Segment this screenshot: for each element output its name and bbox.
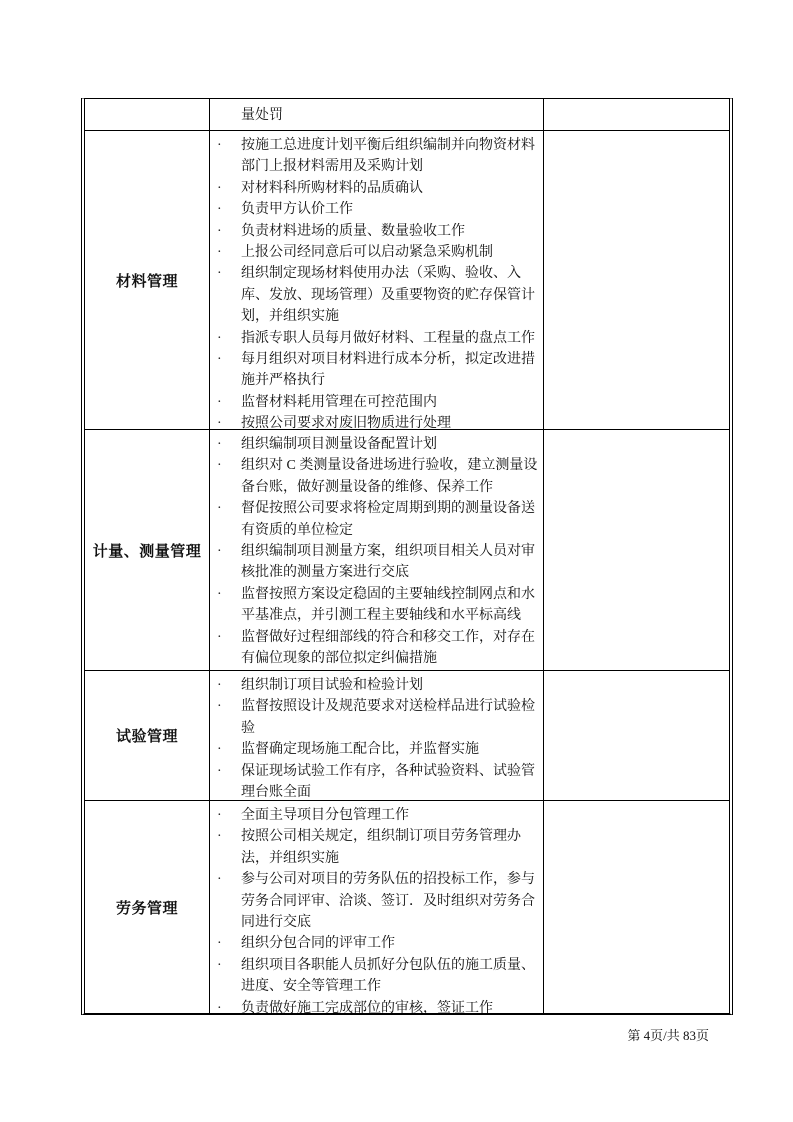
duty-text: 监督按照方案设定稳固的主要轴线控制网点和水平基准点，并引测工程主要轴线和水平标高… <box>241 587 535 623</box>
duty-item: ·保证现场试验工作有序，各种试验资料、试验管理台账全面 <box>210 761 540 801</box>
duty-item: ·按施工总进度计划平衡后组织编制并向物资材料部门上报材料需用及采购计划 <box>210 135 540 178</box>
duty-text: 负责材料进场的质量、数量验收工作 <box>241 224 465 239</box>
duty-item: ·监督按照设计及规范要求对送检样品进行试验检验 <box>210 696 540 739</box>
duty-text: 按施工总进度计划平衡后组织编制并向物资材料部门上报材料需用及采购计划 <box>241 138 535 174</box>
bullet-dot: · <box>217 498 222 519</box>
duty-item: ·组织制订项目试验和检验计划 <box>210 675 540 696</box>
bullet-dot: · <box>217 541 222 562</box>
bullet-dot: · <box>217 826 222 847</box>
duty-list: ·组织制订项目试验和检验计划·监督按照设计及规范要求对送检样品进行试验检验·监督… <box>210 675 540 801</box>
bullet-dot: · <box>217 675 222 696</box>
bullet-dot: · <box>217 349 222 370</box>
duty-text: 组织制定现场材料使用办法（采购、验收、入库、发放、现场管理）及重要物资的贮存保管… <box>241 266 535 324</box>
duty-text: 组织编制项目测量设备配置计划 <box>241 437 437 452</box>
duty-text: 组织项目各职能人员抓好分包队伍的施工质量、进度、安全等管理工作 <box>241 958 535 994</box>
duty-item: ·按照公司要求对废旧物质进行处理 <box>210 413 540 430</box>
bullet-dot: · <box>217 263 222 284</box>
empty-cell <box>544 671 729 801</box>
duty-text: 督促按照公司要求将检定周期到期的测量设备送有资质的单位检定 <box>241 501 535 537</box>
duty-item: ·组织分包合同的评审工作 <box>210 933 540 954</box>
duties-cell-labor: ·全面主导项目分包管理工作·按照公司相关规定，组织制订项目劳务管理办法，并组织实… <box>210 801 544 1013</box>
bullet-dot: · <box>217 696 222 717</box>
bullet-dot: · <box>217 455 222 476</box>
bullet-dot: · <box>217 221 222 242</box>
duty-text: 监督按照设计及规范要求对送检样品进行试验检验 <box>241 699 535 735</box>
duty-item: ·上报公司经同意后可以启动紧急采购机制 <box>210 242 540 263</box>
duty-text: 组织制订项目试验和检验计划 <box>241 678 423 693</box>
row-label-testing: 试验管理 <box>85 671 210 801</box>
duty-item: ·组织制定现场材料使用办法（采购、验收、入库、发放、现场管理）及重要物资的贮存保… <box>210 263 540 327</box>
footer-page-number: 第 4页/共 83页 <box>627 1025 709 1044</box>
duty-item: ·负责材料进场的质量、数量验收工作 <box>210 221 540 242</box>
duty-item: ·组织对 C 类测量设备进场进行验收，建立测量设备台账，做好测量设备的维修、保养… <box>210 455 540 498</box>
duty-item: ·负责甲方认价工作 <box>210 199 540 220</box>
duty-list: ·按施工总进度计划平衡后组织编制并向物资材料部门上报材料需用及采购计划·对材料科… <box>210 135 540 430</box>
duty-item: ·监督确定现场施工配合比，并监督实施 <box>210 739 540 760</box>
duty-text: 按照公司要求对废旧物质进行处理 <box>241 416 451 430</box>
empty-cell <box>544 801 729 1013</box>
duty-item: ·按照公司相关规定，组织制订项目劳务管理办法，并组织实施 <box>210 826 540 869</box>
bullet-dot: · <box>217 869 222 890</box>
empty-cell <box>544 99 729 131</box>
duties-cell-measurement: ·组织编制项目测量设备配置计划·组织对 C 类测量设备进场进行验收，建立测量设备… <box>210 430 544 671</box>
empty-cell <box>544 430 729 671</box>
duty-item: ·组织项目各职能人员抓好分包队伍的施工质量、进度、安全等管理工作 <box>210 955 540 998</box>
bullet-dot: · <box>217 199 222 220</box>
duty-text: 组织编制项目测量方案，组织项目相关人员对审核批准的测量方案进行交底 <box>241 544 535 580</box>
bullet-dot: · <box>217 933 222 954</box>
duty-text: 监督做好过程细部线的符合和移交工作，对存在有偏位现象的部位拟定纠偏措施 <box>241 630 535 666</box>
duty-text: 负责甲方认价工作 <box>241 202 353 217</box>
duty-text: 对材料科所购材料的品质确认 <box>241 181 423 196</box>
duty-text: 监督确定现场施工配合比，并监督实施 <box>241 742 479 757</box>
duty-text: 保证现场试验工作有序，各种试验资料、试验管理台账全面 <box>241 764 535 800</box>
duties-cell-testing: ·组织制订项目试验和检验计划·监督按照设计及规范要求对送检样品进行试验检验·监督… <box>210 671 544 801</box>
duty-item: ·督促按照公司要求将检定周期到期的测量设备送有资质的单位检定 <box>210 498 540 541</box>
duty-item: ·监督材料耗用管理在可控范围内 <box>210 392 540 413</box>
duties-cell-material: ·按施工总进度计划平衡后组织编制并向物资材料部门上报材料需用及采购计划·对材料科… <box>210 131 544 430</box>
bullet-dot: · <box>217 328 222 349</box>
empty-cell <box>544 131 729 430</box>
bullet-dot: · <box>217 805 222 826</box>
bullet-dot: · <box>217 392 222 413</box>
duty-text: 组织对 C 类测量设备进场进行验收，建立测量设备台账，做好测量设备的维修、保养工… <box>241 458 537 494</box>
duty-item: ·监督做好过程细部线的符合和移交工作，对存在有偏位现象的部位拟定纠偏措施 <box>210 627 540 670</box>
duty-item: ·组织编制项目测量设备配置计划 <box>210 434 540 455</box>
duty-text: 监督材料耗用管理在可控范围内 <box>241 395 437 410</box>
bullet-dot: · <box>217 739 222 760</box>
duties-table: 量处罚 材料管理 ·按施工总进度计划平衡后组织编制并向物资材料部门上报材料需用及… <box>81 98 733 1015</box>
duty-item: ·对材料科所购材料的品质确认 <box>210 178 540 199</box>
bullet-dot: · <box>217 998 222 1013</box>
bullet-dot: · <box>217 434 222 455</box>
duty-text: 参与公司对项目的劳务队伍的招投标工作，参与劳务合同评审、洽谈、签订．及时组织对劳… <box>241 872 535 930</box>
duty-list: ·全面主导项目分包管理工作·按照公司相关规定，组织制订项目劳务管理办法，并组织实… <box>210 805 540 1013</box>
page: 量处罚 材料管理 ·按施工总进度计划平衡后组织编制并向物资材料部门上报材料需用及… <box>0 0 793 1122</box>
bullet-dot: · <box>217 955 222 976</box>
bullet-dot: · <box>217 627 222 648</box>
duty-text: 上报公司经同意后可以启动紧急采购机制 <box>241 245 493 260</box>
row-label-labor: 劳务管理 <box>85 801 210 1013</box>
duty-text: 按照公司相关规定，组织制订项目劳务管理办法，并组织实施 <box>241 829 521 865</box>
duty-text: 全面主导项目分包管理工作 <box>241 808 409 823</box>
duty-text: 组织分包合同的评审工作 <box>241 936 395 951</box>
duty-item: ·组织编制项目测量方案，组织项目相关人员对审核批准的测量方案进行交底 <box>210 541 540 584</box>
duty-item: ·参与公司对项目的劳务队伍的招投标工作，参与劳务合同评审、洽谈、签订．及时组织对… <box>210 869 540 933</box>
bullet-dot: · <box>217 413 222 430</box>
bullet-dot: · <box>217 178 222 199</box>
duty-item: ·监督按照方案设定稳固的主要轴线控制网点和水平基准点，并引测工程主要轴线和水平标… <box>210 584 540 627</box>
duty-item: ·每月组织对项目材料进行成本分析，拟定改进措施并严格执行 <box>210 349 540 392</box>
row-label-material: 材料管理 <box>85 131 210 430</box>
bullet-dot: · <box>217 242 222 263</box>
bullet-dot: · <box>217 761 222 782</box>
bullet-dot: · <box>217 135 222 156</box>
duty-item: ·负责做好施工完成部位的审核，签证工作 <box>210 998 540 1013</box>
continuation-cell: 量处罚 <box>210 99 544 131</box>
duty-list: ·组织编制项目测量设备配置计划·组织对 C 类测量设备进场进行验收，建立测量设备… <box>210 434 540 669</box>
bullet-dot: · <box>217 584 222 605</box>
continuation-text: 量处罚 <box>210 103 540 126</box>
duty-text: 指派专职人员每月做好材料、工程量的盘点工作 <box>241 331 535 346</box>
empty-label-cell <box>85 99 210 131</box>
row-label-measurement: 计量、测量管理 <box>85 430 210 671</box>
duty-text: 每月组织对项目材料进行成本分析，拟定改进措施并严格执行 <box>241 352 535 388</box>
duty-text: 负责做好施工完成部位的审核，签证工作 <box>241 1001 493 1013</box>
duty-item: ·全面主导项目分包管理工作 <box>210 805 540 826</box>
duty-item: ·指派专职人员每月做好材料、工程量的盘点工作 <box>210 328 540 349</box>
